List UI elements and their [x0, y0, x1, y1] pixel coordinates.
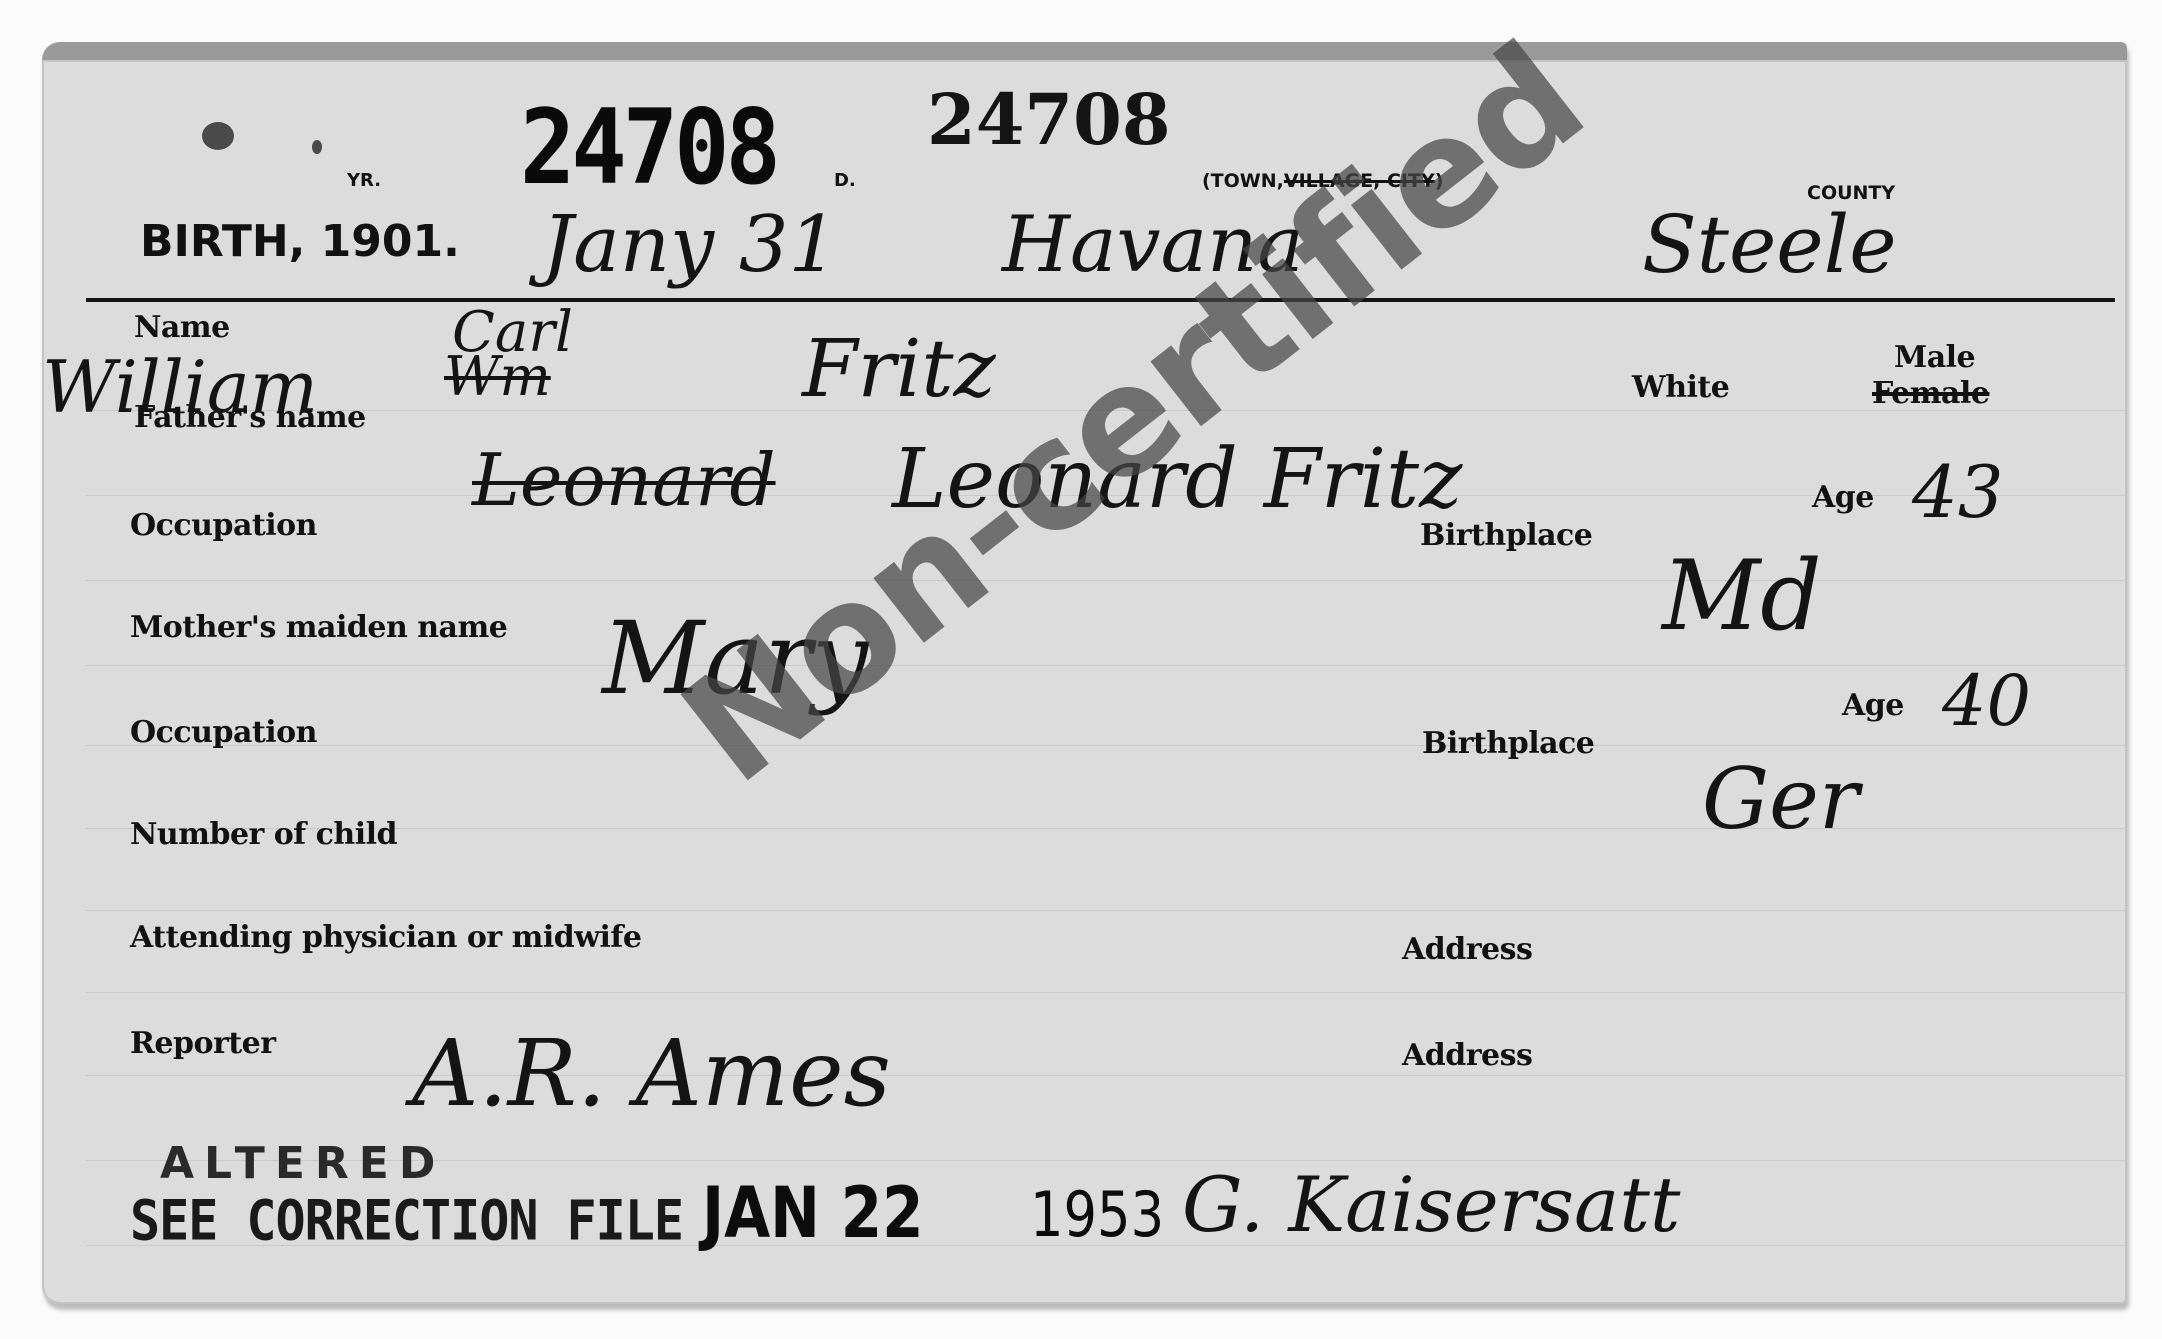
handwritten-record-number: 24708 [927, 78, 1171, 161]
ruled-line [86, 1075, 2127, 1076]
birth-date-value: Jany 31 [542, 200, 838, 290]
reporter-address-label: Address [1402, 1038, 1532, 1073]
header-divider [86, 298, 2115, 302]
correction-year-stamp: 1953 [1030, 1178, 1164, 1251]
mother-birthplace-value: Ger [1702, 750, 1859, 848]
see-correction-stamp: SEE CORRECTION FILE [130, 1189, 683, 1253]
stamped-record-number: 24708 [520, 88, 777, 208]
father-birthplace-value: Md [1662, 540, 1822, 652]
attending-physician-label: Attending physician or midwife [130, 920, 641, 955]
father-birthplace-label: Birthplace [1420, 518, 1592, 553]
no-label: D. [834, 170, 856, 191]
mother-maiden-name-label: Mother's maiden name [130, 610, 507, 645]
ruled-line [86, 910, 2127, 911]
altered-stamp: ALTERED [160, 1138, 445, 1189]
ink-blot [202, 122, 234, 150]
name-inserted-value: Carl [452, 300, 573, 365]
ruled-line [86, 992, 2127, 993]
father-age-value: 43 [1912, 450, 2004, 534]
father-name-struck: Leonard [472, 438, 776, 522]
race-label: White [1632, 370, 1729, 405]
yr-label: YR. [347, 170, 381, 191]
father-age-label: Age [1812, 480, 1874, 515]
surname-value: Fritz [802, 322, 996, 415]
number-of-child-label: Number of child [130, 817, 397, 852]
reporter-label: Reporter [130, 1026, 276, 1061]
ruled-line [86, 745, 2127, 746]
clerk-signature: G. Kaisersatt [1182, 1160, 1680, 1249]
sex-female-label-struck: Female [1872, 376, 1989, 411]
father-name-label: Father's name [134, 400, 366, 435]
name-label: Name [134, 310, 230, 345]
sex-male-label: Male [1894, 340, 1975, 375]
mother-age-label: Age [1842, 688, 1904, 723]
county-value: Steele [1642, 198, 1897, 291]
physician-address-label: Address [1402, 932, 1532, 967]
reporter-value: A.R. Ames [412, 1020, 891, 1127]
birth-record-card: YR. 24708 D. 24708 (TOWN,VILLAGE, CITY) … [42, 42, 2127, 1304]
father-occupation-label: Occupation [130, 508, 317, 543]
correction-date-stamp: JAN 22 [702, 1172, 924, 1254]
ruled-line [86, 665, 2127, 666]
mother-occupation-label: Occupation [130, 715, 317, 750]
birth-year-label: BIRTH, 1901. [140, 216, 460, 267]
ink-blot [312, 140, 322, 154]
mother-birthplace-label: Birthplace [1422, 726, 1594, 761]
mother-age-value: 40 [1942, 660, 2031, 742]
